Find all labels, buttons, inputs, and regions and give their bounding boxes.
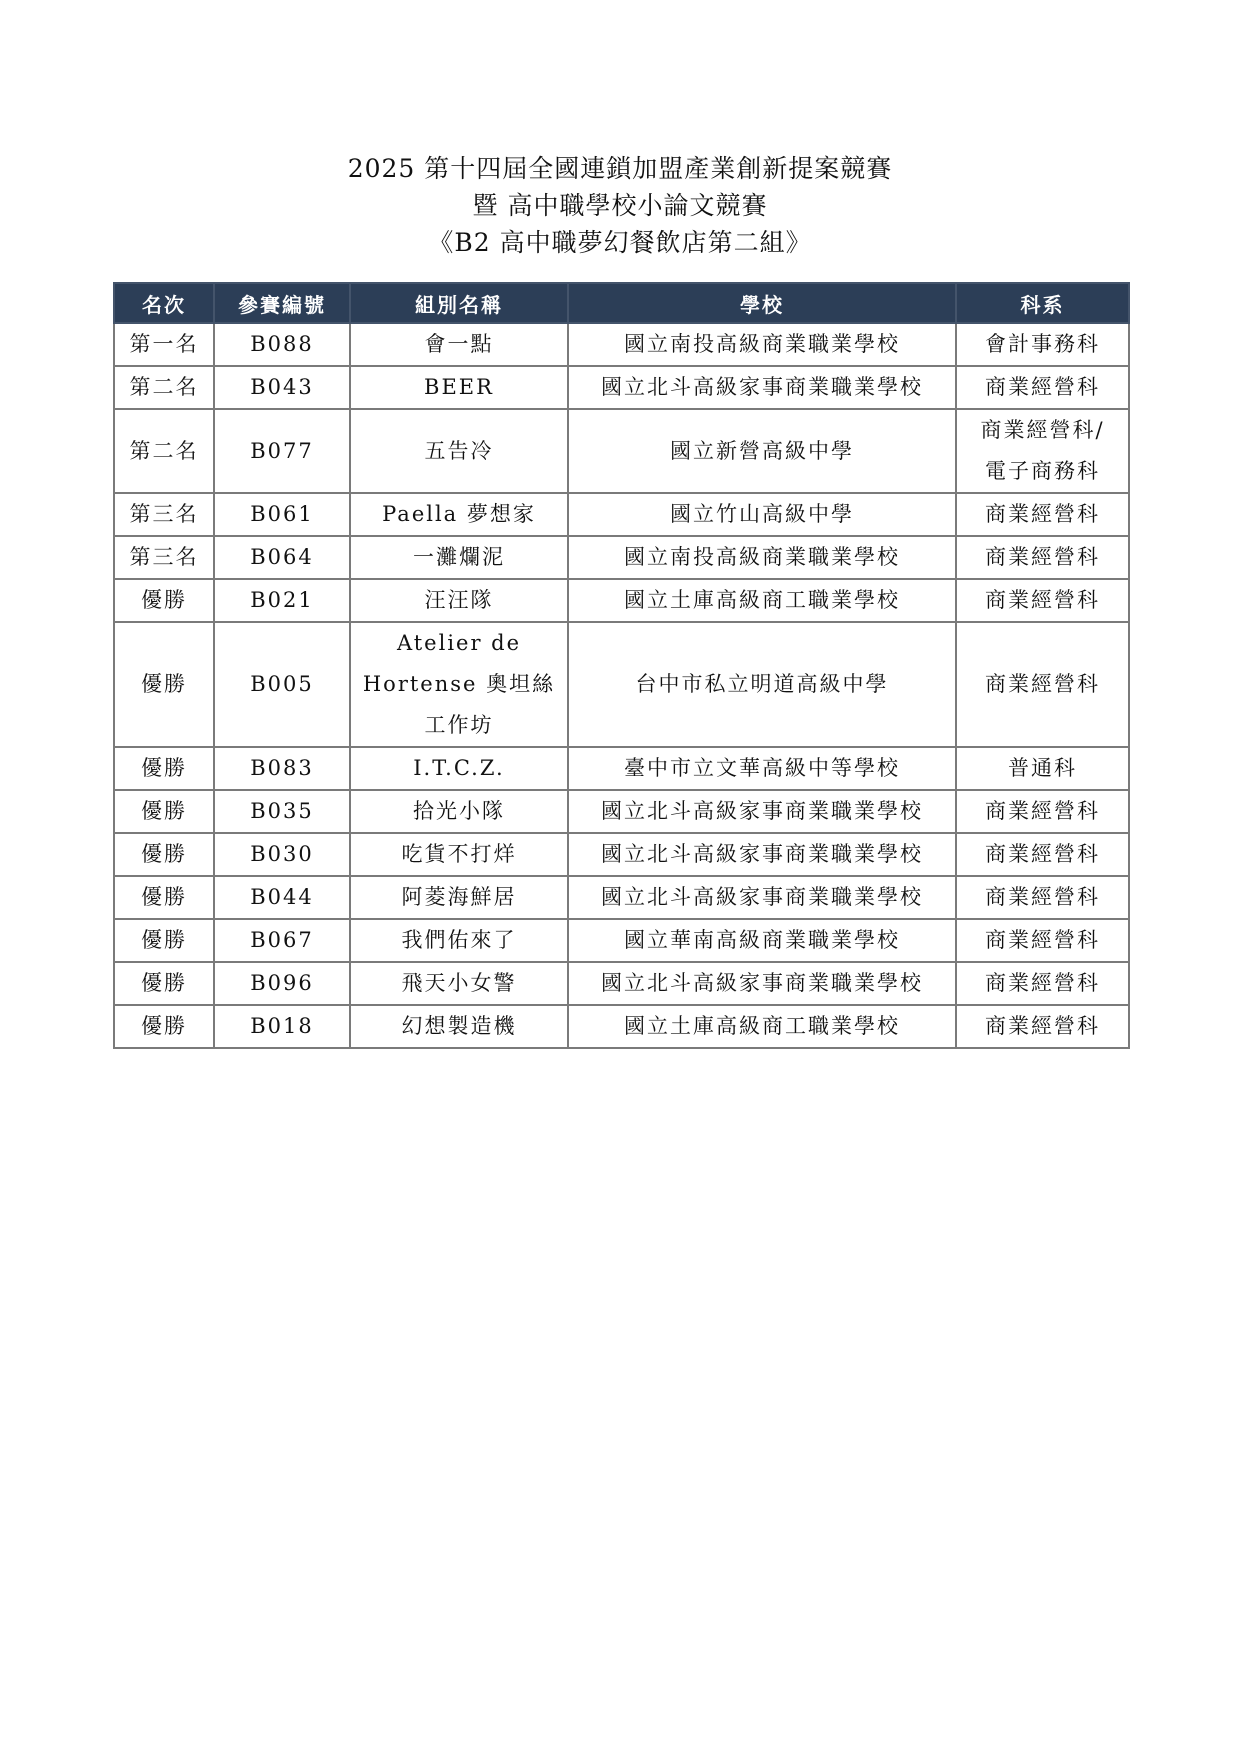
cell-entry-id: B088 [214,323,350,366]
cell-department: 商業經營科 [956,962,1129,1005]
cell-team-name: 五告冷 [350,409,568,493]
cell-rank: 優勝 [114,622,214,747]
cell-team-name: BEER [350,366,568,409]
table-row: 優勝B030吃貨不打烊國立北斗高級家事商業職業學校商業經營科 [114,833,1129,876]
cell-school: 國立北斗高級家事商業職業學校 [568,962,956,1005]
cell-entry-id: B044 [214,876,350,919]
cell-team-name-line: BEER [355,367,563,408]
header-rank: 名次 [114,283,214,323]
cell-team-name: 吃貨不打烊 [350,833,568,876]
cell-team-name-line: 一灘爛泥 [355,537,563,578]
cell-entry-id: B021 [214,579,350,622]
cell-team-name: 飛天小女警 [350,962,568,1005]
table-row: 優勝B096飛天小女警國立北斗高級家事商業職業學校商業經營科 [114,962,1129,1005]
cell-department: 會計事務科 [956,323,1129,366]
cell-rank: 優勝 [114,962,214,1005]
table-row: 優勝B067我們佑來了國立華南高級商業職業學校商業經營科 [114,919,1129,962]
cell-department-line: 商業經營科 [961,877,1124,918]
cell-team-name-line: Hortense 奧坦絲 [355,664,563,705]
cell-school: 國立北斗高級家事商業職業學校 [568,790,956,833]
cell-entry-id: B064 [214,536,350,579]
cell-school: 國立土庫高級商工職業學校 [568,1005,956,1048]
cell-school: 臺中市立文華高級中等學校 [568,747,956,790]
title-line-2: 暨 高中職學校小論文競賽 [0,187,1240,224]
cell-department: 商業經營科 [956,790,1129,833]
cell-department-line: 商業經營科 [961,920,1124,961]
cell-team-name: 一灘爛泥 [350,536,568,579]
cell-department: 商業經營科 [956,876,1129,919]
cell-team-name-line: Paella 夢想家 [355,494,563,535]
cell-team-name-line: 幻想製造機 [355,1006,563,1047]
cell-rank: 優勝 [114,876,214,919]
cell-team-name-line: 拾光小隊 [355,791,563,832]
cell-rank: 第二名 [114,366,214,409]
cell-rank: 優勝 [114,919,214,962]
cell-rank: 優勝 [114,579,214,622]
cell-school: 國立華南高級商業職業學校 [568,919,956,962]
cell-department-line: 商業經營科 [961,580,1124,621]
table-row: 第三名B061Paella 夢想家國立竹山高級中學商業經營科 [114,493,1129,536]
cell-team-name: 我們佑來了 [350,919,568,962]
cell-team-name: 阿菱海鮮居 [350,876,568,919]
table-row: 第一名B088會一點國立南投高級商業職業學校會計事務科 [114,323,1129,366]
cell-rank: 第三名 [114,493,214,536]
title-line-3: 《B2 高中職夢幻餐飲店第二組》 [0,224,1240,261]
cell-school: 國立北斗高級家事商業職業學校 [568,876,956,919]
cell-school: 國立南投高級商業職業學校 [568,323,956,366]
cell-team-name-line: 汪汪隊 [355,580,563,621]
cell-entry-id: B005 [214,622,350,747]
title-line-1: 2025 第十四屆全國連鎖加盟產業創新提案競賽 [0,150,1240,187]
cell-entry-id: B043 [214,366,350,409]
cell-team-name-line: Atelier de [355,623,563,664]
cell-school: 國立北斗高級家事商業職業學校 [568,366,956,409]
cell-school: 國立南投高級商業職業學校 [568,536,956,579]
table-body: 第一名B088會一點國立南投高級商業職業學校會計事務科第二名B043BEER國立… [114,323,1129,1048]
cell-entry-id: B018 [214,1005,350,1048]
cell-entry-id: B061 [214,493,350,536]
cell-department-line: 商業經營科 [961,664,1124,705]
header-team-name: 組別名稱 [350,283,568,323]
cell-rank: 優勝 [114,790,214,833]
cell-team-name-line: 飛天小女警 [355,963,563,1004]
cell-team-name-line: 會一點 [355,324,563,365]
table-row: 優勝B005Atelier deHortense 奧坦絲工作坊台中市私立明道高級… [114,622,1129,747]
cell-department-line: 電子商務科 [961,451,1124,492]
cell-team-name-line: 我們佑來了 [355,920,563,961]
cell-team-name: Atelier deHortense 奧坦絲工作坊 [350,622,568,747]
document-title: 2025 第十四屆全國連鎖加盟產業創新提案競賽 暨 高中職學校小論文競賽 《B2… [0,150,1240,261]
cell-rank: 優勝 [114,1005,214,1048]
cell-rank: 優勝 [114,747,214,790]
cell-department: 商業經營科 [956,622,1129,747]
cell-entry-id: B077 [214,409,350,493]
cell-entry-id: B083 [214,747,350,790]
cell-department: 商業經營科 [956,536,1129,579]
cell-school: 台中市私立明道高級中學 [568,622,956,747]
cell-team-name-line: 工作坊 [355,705,563,746]
cell-school: 國立土庫高級商工職業學校 [568,579,956,622]
cell-department-line: 商業經營科 [961,537,1124,578]
cell-department: 商業經營科 [956,919,1129,962]
cell-team-name-line: I.T.C.Z. [355,748,563,789]
cell-department-line: 商業經營科 [961,791,1124,832]
cell-school: 國立竹山高級中學 [568,493,956,536]
cell-team-name-line: 吃貨不打烊 [355,834,563,875]
cell-team-name: 汪汪隊 [350,579,568,622]
table-header-row: 名次 參賽編號 組別名稱 學校 科系 [114,283,1129,323]
header-department: 科系 [956,283,1129,323]
cell-entry-id: B035 [214,790,350,833]
cell-entry-id: B067 [214,919,350,962]
cell-department-line: 商業經營科 [961,494,1124,535]
cell-rank: 第一名 [114,323,214,366]
cell-department-line: 商業經營科/ [961,410,1124,451]
cell-department-line: 商業經營科 [961,1006,1124,1047]
cell-rank: 第二名 [114,409,214,493]
cell-department: 商業經營科 [956,1005,1129,1048]
table-row: 優勝B018幻想製造機國立土庫高級商工職業學校商業經營科 [114,1005,1129,1048]
table-row: 優勝B044阿菱海鮮居國立北斗高級家事商業職業學校商業經營科 [114,876,1129,919]
table-row: 優勝B035拾光小隊國立北斗高級家事商業職業學校商業經營科 [114,790,1129,833]
table-row: 第二名B043BEER國立北斗高級家事商業職業學校商業經營科 [114,366,1129,409]
cell-school: 國立北斗高級家事商業職業學校 [568,833,956,876]
cell-rank: 第三名 [114,536,214,579]
cell-entry-id: B030 [214,833,350,876]
cell-team-name-line: 阿菱海鮮居 [355,877,563,918]
cell-department: 商業經營科/電子商務科 [956,409,1129,493]
cell-team-name: I.T.C.Z. [350,747,568,790]
results-table: 名次 參賽編號 組別名稱 學校 科系 第一名B088會一點國立南投高級商業職業學… [113,282,1130,1049]
table-row: 第二名B077五告冷國立新營高級中學商業經營科/電子商務科 [114,409,1129,493]
cell-department: 商業經營科 [956,366,1129,409]
cell-entry-id: B096 [214,962,350,1005]
cell-team-name: 拾光小隊 [350,790,568,833]
cell-department-line: 商業經營科 [961,367,1124,408]
cell-department-line: 普通科 [961,748,1124,789]
cell-team-name: Paella 夢想家 [350,493,568,536]
cell-department-line: 商業經營科 [961,834,1124,875]
cell-department: 普通科 [956,747,1129,790]
header-school: 學校 [568,283,956,323]
cell-team-name: 幻想製造機 [350,1005,568,1048]
header-entry-id: 參賽編號 [214,283,350,323]
cell-department: 商業經營科 [956,833,1129,876]
cell-rank: 優勝 [114,833,214,876]
cell-team-name-line: 五告冷 [355,431,563,472]
cell-team-name: 會一點 [350,323,568,366]
table-row: 第三名B064一灘爛泥國立南投高級商業職業學校商業經營科 [114,536,1129,579]
cell-department-line: 會計事務科 [961,324,1124,365]
table-row: 優勝B021汪汪隊國立土庫高級商工職業學校商業經營科 [114,579,1129,622]
cell-department: 商業經營科 [956,493,1129,536]
cell-department-line: 商業經營科 [961,963,1124,1004]
cell-department: 商業經營科 [956,579,1129,622]
table-row: 優勝B083I.T.C.Z.臺中市立文華高級中等學校普通科 [114,747,1129,790]
cell-school: 國立新營高級中學 [568,409,956,493]
